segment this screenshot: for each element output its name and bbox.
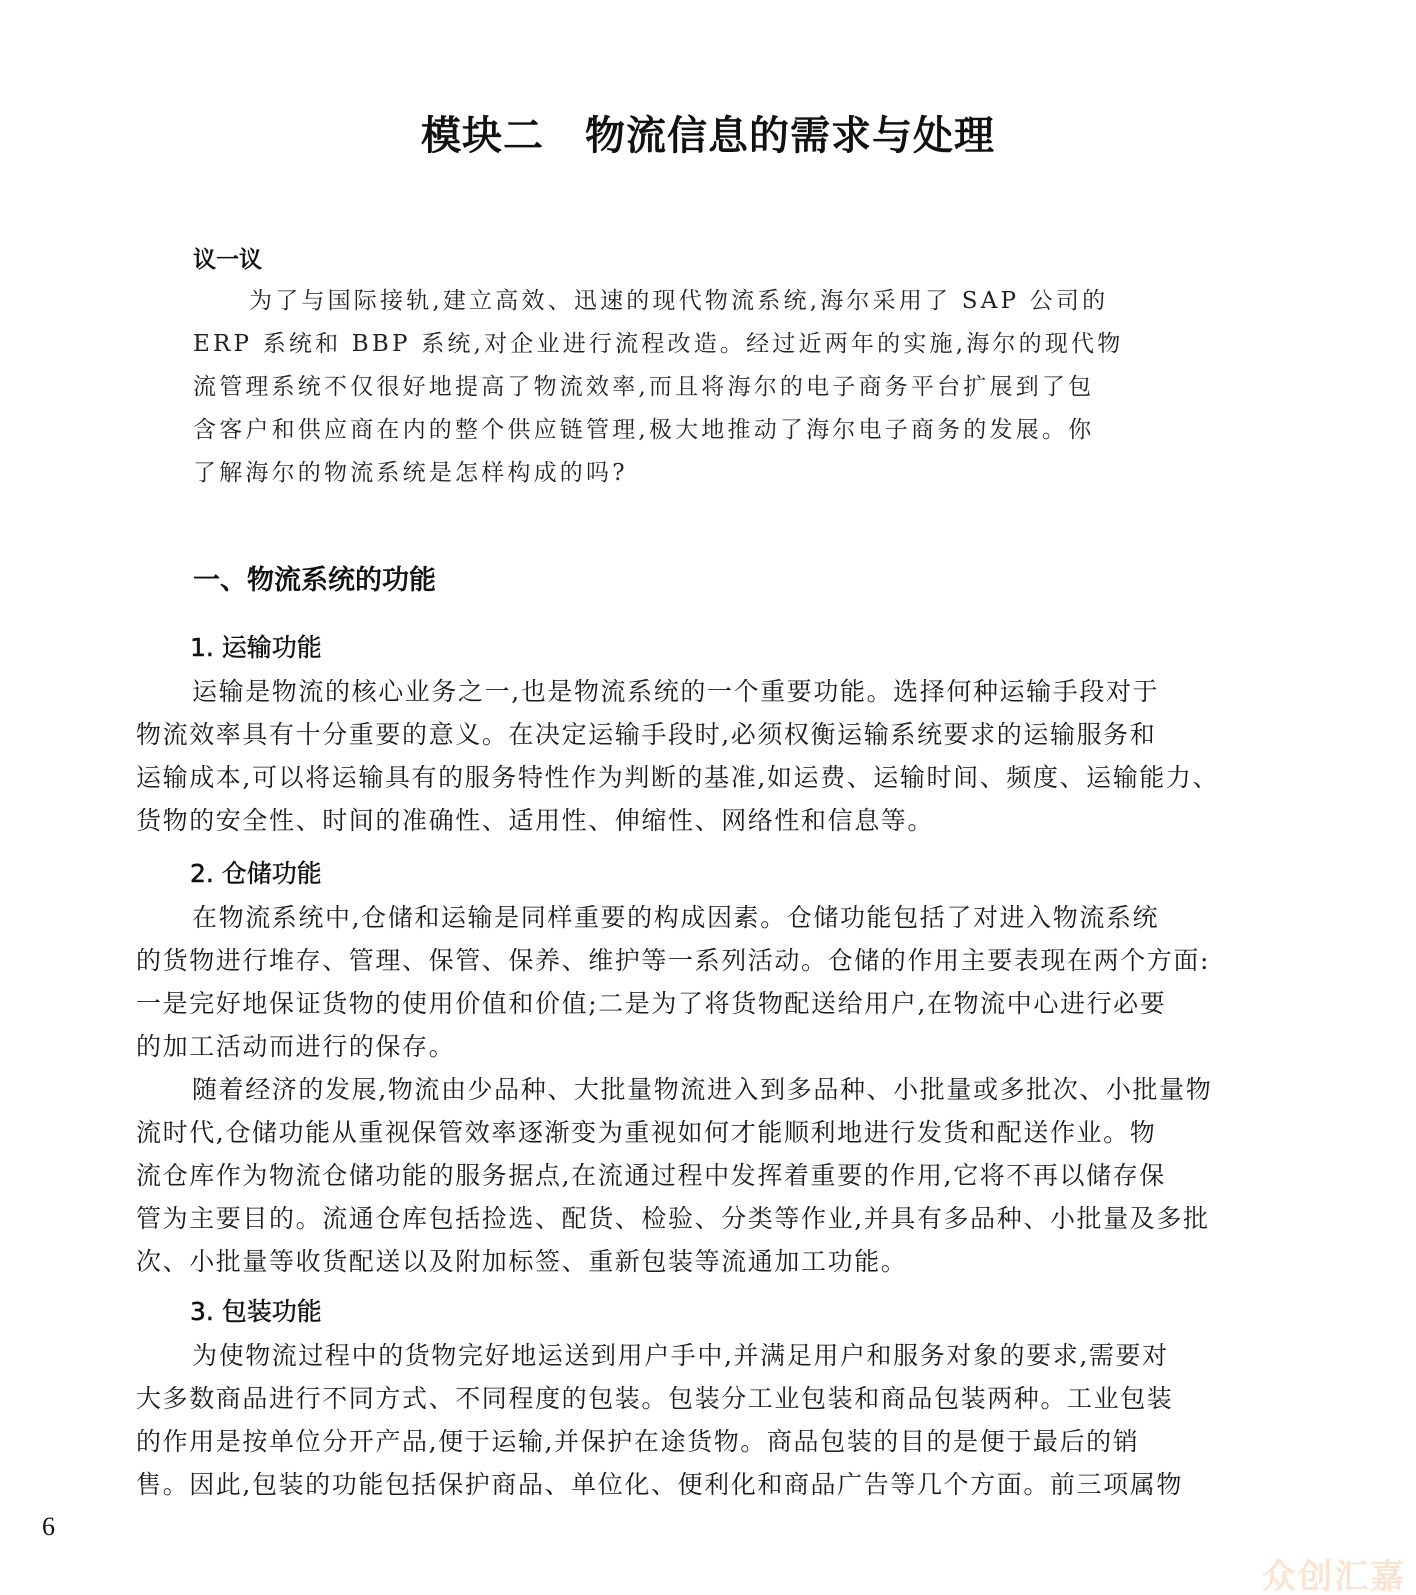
paragraph-line: 次、小批量等收货配送以及附加标签、重新包装等流通加工功能。 bbox=[136, 1240, 1256, 1283]
paragraph-line: 运输成本,可以将运输具有的服务特性作为判断的基准,如运费、运输时间、频度、运输能… bbox=[136, 756, 1256, 799]
paragraph-line: 随着经济的发展,物流由少品种、大批量物流进入到多品种、小批量或多批次、小批量物 bbox=[136, 1068, 1256, 1111]
discussion-line: 了解海尔的物流系统是怎样构成的吗? bbox=[193, 452, 1203, 495]
paragraph-line: 售。因此,包装的功能包括保护商品、单位化、便利化和商品广告等几个方面。前三项属物 bbox=[136, 1463, 1256, 1506]
discussion-heading: 议一议 bbox=[193, 240, 1203, 280]
watermark-logo: 众创汇嘉 bbox=[1262, 1549, 1406, 1595]
paragraph-line: 一是完好地保证货物的使用价值和价值;二是为了将货物配送给用户,在物流中心进行必要 bbox=[136, 982, 1256, 1025]
discussion-line: 流管理系统不仅很好地提高了物流效率,而且将海尔的电子商务平台扩展到了包 bbox=[193, 366, 1203, 409]
discussion-box: 议一议 为了与国际接轨,建立高效、迅速的现代物流系统,海尔采用了 SAP 公司的… bbox=[193, 240, 1203, 495]
discussion-line: 含客户和供应商在内的整个供应链管理,极大地推动了海尔电子商务的发展。你 bbox=[193, 409, 1203, 452]
section-heading: 一、物流系统的功能 bbox=[193, 558, 436, 597]
module-title: 模块二 物流信息的需求与处理 bbox=[0, 104, 1416, 161]
paragraph-line: 流仓库作为物流仓储功能的服务据点,在流通过程中发挥着重要的作用,它将不再以储存保 bbox=[136, 1154, 1256, 1197]
discussion-line: ERP 系统和 BBP 系统,对企业进行流程改造。经过近两年的实施,海尔的现代物 bbox=[193, 323, 1203, 366]
subsection-heading: 2. 仓储功能 bbox=[136, 852, 1256, 896]
paragraph-line: 货物的安全性、时间的准确性、适用性、伸缩性、网络性和信息等。 bbox=[136, 799, 1256, 842]
page-number: 6 bbox=[42, 1512, 55, 1542]
paragraph-line: 物流效率具有十分重要的意义。在决定运输手段时,必须权衡运输系统要求的运输服务和 bbox=[136, 713, 1256, 756]
paragraph-line: 在物流系统中,仓储和运输是同样重要的构成因素。仓储功能包括了对进入物流系统 bbox=[136, 896, 1256, 939]
paragraph-line: 的货物进行堆存、管理、保管、保养、维护等一系列活动。仓储的作用主要表现在两个方面… bbox=[136, 939, 1256, 982]
paragraph-line: 的作用是按单位分开产品,便于运输,并保护在途货物。商品包装的目的是便于最后的销 bbox=[136, 1420, 1256, 1463]
paragraph-line: 运输是物流的核心业务之一,也是物流系统的一个重要功能。选择何种运输手段对于 bbox=[136, 670, 1256, 713]
paragraph-line: 大多数商品进行不同方式、不同程度的包装。包装分工业包装和商品包装两种。工业包装 bbox=[136, 1377, 1256, 1420]
paragraph-line: 管为主要目的。流通仓库包括捡选、配货、检验、分类等作业,并具有多品种、小批量及多… bbox=[136, 1197, 1256, 1240]
paragraph-line: 的加工活动而进行的保存。 bbox=[136, 1025, 1256, 1068]
subsection-transport: 1. 运输功能 运输是物流的核心业务之一,也是物流系统的一个重要功能。选择何种运… bbox=[136, 626, 1256, 842]
subsection-heading: 1. 运输功能 bbox=[136, 626, 1256, 670]
subsection-warehousing: 2. 仓储功能 在物流系统中,仓储和运输是同样重要的构成因素。仓储功能包括了对进… bbox=[136, 852, 1256, 1283]
subsection-heading: 3. 包装功能 bbox=[136, 1290, 1256, 1334]
book-page: 模块二 物流信息的需求与处理 议一议 为了与国际接轨,建立高效、迅速的现代物流系… bbox=[0, 0, 1416, 1595]
paragraph-line: 流时代,仓储功能从重视保管效率逐渐变为重视如何才能顺利地进行发货和配送作业。物 bbox=[136, 1111, 1256, 1154]
discussion-line: 为了与国际接轨,建立高效、迅速的现代物流系统,海尔采用了 SAP 公司的 bbox=[193, 280, 1203, 323]
paragraph-line: 为使物流过程中的货物完好地运送到用户手中,并满足用户和服务对象的要求,需要对 bbox=[136, 1334, 1256, 1377]
subsection-packaging: 3. 包装功能 为使物流过程中的货物完好地运送到用户手中,并满足用户和服务对象的… bbox=[136, 1290, 1256, 1506]
